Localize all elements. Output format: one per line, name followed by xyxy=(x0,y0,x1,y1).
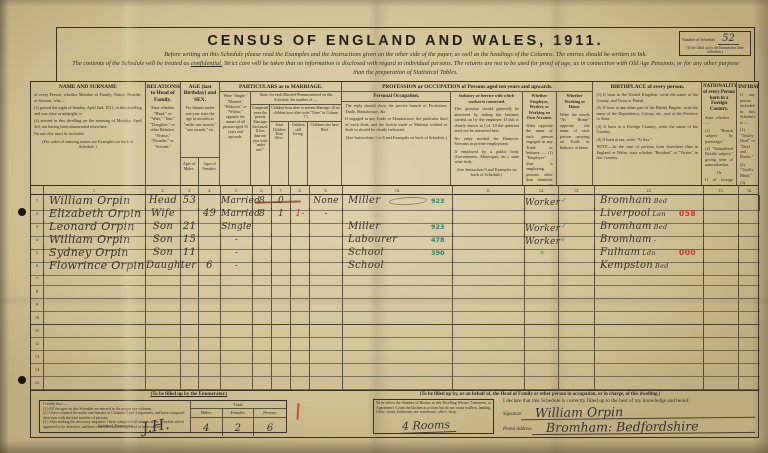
cell-age-male xyxy=(181,273,199,286)
col-desc: (2) If born in any other part of the Bri… xyxy=(593,104,701,122)
cell-industry xyxy=(453,273,525,286)
cell-line-number: 13 xyxy=(31,351,44,364)
cell-children-living xyxy=(291,299,310,312)
cell-age-male xyxy=(181,338,199,351)
census-row: 12 xyxy=(31,338,758,351)
cell-infirmity xyxy=(739,351,760,364)
years-married-label: Completed years the present Marriage has… xyxy=(251,105,270,185)
cell-children-living xyxy=(291,338,310,351)
cell-working-at-home xyxy=(559,299,595,312)
column-number-strip: 1.2.3.4.5.6.7.8.9.10.11.12.13.14.15.16. xyxy=(31,186,758,195)
cell-marital-condition xyxy=(221,351,253,364)
cell-relationship xyxy=(146,312,181,325)
cell-children-died xyxy=(310,364,343,377)
col-title: PROFESSION or OCCUPATION of Persons aged… xyxy=(342,82,592,91)
col-desc: of every Person, whether Member of Famil… xyxy=(31,91,145,104)
personal-occupation-label: Personal Occupation. xyxy=(342,92,450,102)
column-header-marriage: PARTICULARS as to MARRIAGE. Write "Singl… xyxy=(220,82,342,185)
cell-children-living xyxy=(291,312,310,325)
cell-children-died xyxy=(310,273,343,286)
cell-years-married xyxy=(253,325,272,338)
married-women-note: State, for each Married Woman entered on… xyxy=(251,92,341,105)
column-header-profession: PROFESSION or OCCUPATION of Persons aged… xyxy=(342,82,593,185)
clerk-code-green: 390 xyxy=(431,247,445,259)
cell-years-married xyxy=(253,351,272,364)
cell-occupation xyxy=(343,338,453,351)
cell-children-born xyxy=(272,325,291,338)
col-desc: State whether :— xyxy=(702,114,736,127)
cell-marital-condition xyxy=(221,338,253,351)
column-header-relationship: RELATIONSHIP to Head of Family. State wh… xyxy=(146,82,181,185)
census-row: 6Flowrince OrpinDaughter6-SchoolKempston… xyxy=(31,260,758,273)
col-title: NATIONALITY of every Person born in a Fo… xyxy=(702,82,736,114)
signature-row: Signature William Orpin xyxy=(503,405,755,419)
col-desc: If engaged in any Trade or Manufacture, … xyxy=(342,115,450,133)
census-schedule-page: Number of Schedule52 (To be filled up by… xyxy=(0,0,768,453)
cell-name xyxy=(44,351,146,364)
cell-children-born xyxy=(272,351,291,364)
persons-total: 6 xyxy=(254,418,286,436)
cell-industry xyxy=(453,338,525,351)
cell-employer-status xyxy=(525,338,559,351)
col-desc: (See Instructions 1 to 8 and Examples on… xyxy=(342,134,450,141)
census-row: 4William OrpinSon15-Labourer478WorkeroBr… xyxy=(31,234,758,247)
census-row: 11 xyxy=(31,325,758,338)
age-subcolumns: Ages of Males. Ages of Females. xyxy=(181,157,220,185)
cell-industry xyxy=(453,312,525,325)
cell-employer-status xyxy=(525,325,559,338)
athome-label: Whether Working at Home. xyxy=(557,92,593,110)
clerk-tick-green: o xyxy=(540,249,543,256)
cell-children-died xyxy=(310,351,343,364)
census-row: 13 xyxy=(31,351,758,364)
cell-age-male xyxy=(181,351,199,364)
rooms-value: 4 Rooms xyxy=(396,418,457,434)
cell-line-number: 7 xyxy=(31,273,44,286)
children-died-label: Children who have Died. xyxy=(308,122,341,185)
declaration-text: I declare that this Schedule is correctl… xyxy=(503,398,755,404)
cell-relationship xyxy=(146,364,181,377)
cell-infirmity xyxy=(739,364,760,377)
cell-marital-condition xyxy=(221,286,253,299)
cell-children-died xyxy=(310,286,343,299)
cell-nationality xyxy=(704,273,739,286)
cell-age-male xyxy=(181,299,199,312)
cell-children-born xyxy=(272,273,291,286)
cell-relationship xyxy=(146,299,181,312)
cell-marital-condition xyxy=(221,273,253,286)
cell-employer-status xyxy=(525,312,559,325)
schedule-number-label: Number of Schedule xyxy=(682,37,715,42)
industry-label: Industry or Service with which worker is… xyxy=(451,92,522,105)
cell-employer-status xyxy=(525,299,559,312)
cell-occupation xyxy=(343,273,453,286)
cell-years-married xyxy=(253,299,272,312)
column-header-nationality: NATIONALITY of every Person born in a Fo… xyxy=(702,82,737,185)
cell-marital-condition xyxy=(221,364,253,377)
totals-table: Total. Males. Females. Persons. 4 2 6 xyxy=(190,401,286,432)
cell-occupation xyxy=(343,312,453,325)
initials-label: Initials of Enumerator xyxy=(98,424,133,429)
cell-age-male xyxy=(181,286,199,299)
instruction-line-2: The contents of the Schedule will be tre… xyxy=(57,60,754,77)
rooms-box: Write below the Number of Rooms in this … xyxy=(373,399,494,434)
cell-birthplace xyxy=(595,364,704,377)
cell-nationality xyxy=(704,351,739,364)
col-desc: If any person included in this Schedule … xyxy=(737,91,758,126)
total-label: Total. xyxy=(191,401,286,409)
clerk-tick-green: ✓ xyxy=(561,197,566,204)
rooms-instruction: Write below the Number of Rooms in this … xyxy=(376,401,491,414)
cell-nationality xyxy=(704,364,739,377)
col-desc: (1) passed the night of Sunday, April 2n… xyxy=(31,104,145,117)
cell-age-male xyxy=(181,364,199,377)
ink-stamp xyxy=(389,196,427,206)
cell-nationality xyxy=(704,325,739,338)
cell-occupation xyxy=(343,364,453,377)
census-row: 9 xyxy=(31,299,758,312)
instruction-line-1: Before writing on this Schedule please r… xyxy=(57,51,754,58)
col-desc: (2) arrived in this dwelling on the morn… xyxy=(31,117,145,130)
col-desc: If of foreign nationality, state whether… xyxy=(702,176,736,185)
clerk-tick-green: o xyxy=(561,236,564,243)
table-body: 1William OrpinHead53Married80NoneMiller9… xyxy=(31,195,758,390)
col-desc: (1) "British subject by parentage," xyxy=(702,127,736,145)
cell-relationship xyxy=(146,351,181,364)
col-desc: No one else must be included. xyxy=(31,130,145,137)
cell-age-female xyxy=(199,351,221,364)
col-title: AGE (last Birthday) and SEX. xyxy=(181,82,220,104)
persons-label: Persons. xyxy=(254,409,286,418)
cell-age-female xyxy=(199,364,221,377)
census-table: NAME AND SURNAME of every Person, whethe… xyxy=(30,81,759,391)
col-desc: (4) If born at sea, write "At Sea." xyxy=(593,136,701,143)
cell-children-born xyxy=(272,286,291,299)
clerk-tick-green: ✓ xyxy=(561,223,566,230)
cell-birthplace xyxy=(595,351,704,364)
postal-address-label: Postal Address xyxy=(503,427,532,434)
cell-line-number: 14 xyxy=(31,364,44,377)
occupation-subcolumn: Personal Occupation. The reply should sh… xyxy=(342,92,451,185)
cell-working-at-home xyxy=(559,273,595,286)
cell-working-at-home xyxy=(559,286,595,299)
col-desc: NOTE.—In the case of persons born elsewh… xyxy=(593,143,701,161)
column-header-age: AGE (last Birthday) and SEX. For Infants… xyxy=(181,82,221,185)
bottom-section: (To be filled up by the Enumerator.) I c… xyxy=(30,389,759,438)
females-label: Females. xyxy=(223,409,255,418)
cell-birthplace xyxy=(595,273,704,286)
schedule-number-box: Number of Schedule52 (To be filled up by… xyxy=(679,31,751,56)
postal-address-value: Bromham: Bedfordshire xyxy=(532,419,755,435)
cell-marital-condition xyxy=(221,299,253,312)
cell-employer-status xyxy=(525,286,559,299)
cell-children-born xyxy=(272,364,291,377)
cell-age-female xyxy=(199,286,221,299)
col-desc: (3) If born in a Foreign Country, write … xyxy=(593,123,701,136)
cell-name xyxy=(44,273,146,286)
col-desc: (2) "Totally Blind," xyxy=(737,161,758,179)
cell-children-died xyxy=(310,299,343,312)
cell-birthplace xyxy=(595,312,704,325)
census-row: 2Elizabeth OrpinWife49Married811--Liverp… xyxy=(31,208,758,221)
col-desc: The reply should show the precise branch… xyxy=(342,102,450,115)
col-desc: (1) If born in the United Kingdom, write… xyxy=(593,91,701,104)
cell-children-living xyxy=(291,273,310,286)
punch-hole-icon xyxy=(18,376,26,384)
cell-name xyxy=(44,338,146,351)
enumerator-initials-signature: J.H. xyxy=(141,415,171,437)
cell-infirmity xyxy=(739,299,760,312)
cell-occupation xyxy=(343,351,453,364)
cell-birthplace xyxy=(595,286,704,299)
col-title: BIRTHPLACE of every person. xyxy=(593,82,701,91)
cell-years-married xyxy=(253,273,272,286)
cell-age-female xyxy=(199,325,221,338)
cell-line-number: 9 xyxy=(31,299,44,312)
cell-years-married xyxy=(253,364,272,377)
children-born-note: Children born alive to present Marriage.… xyxy=(270,105,341,122)
postal-address-row: Postal Address Bromham: Bedfordshire xyxy=(503,420,755,434)
cell-birthplace xyxy=(595,325,704,338)
header: Number of Schedule52 (To be filled up by… xyxy=(56,27,755,81)
cell-children-living xyxy=(291,351,310,364)
census-row: 10 xyxy=(31,312,758,325)
col-desc: (2) "Naturalised British subject," givin… xyxy=(702,145,736,169)
males-label: Males. xyxy=(191,409,223,418)
cell-children-living xyxy=(291,364,310,377)
athome-subcolumn: Whether Working at Home. Write the words… xyxy=(557,92,593,185)
col-desc: No entry needed for Domestic Servants in… xyxy=(451,135,522,148)
punch-hole-icon xyxy=(18,208,26,216)
cell-birthplace xyxy=(595,338,704,351)
cell-occupation xyxy=(343,299,453,312)
column-header-infirmity: INFIRMITY. If any person included in thi… xyxy=(737,82,758,185)
declaration-heading: (To be filled up by, or on behalf of, th… xyxy=(326,392,754,397)
cell-age-male xyxy=(181,312,199,325)
cell-line-number: 10 xyxy=(31,312,44,325)
cell-occupation xyxy=(343,325,453,338)
cell-employer-status xyxy=(525,273,559,286)
cell-industry xyxy=(453,325,525,338)
cell-working-at-home xyxy=(559,312,595,325)
cell-line-number: 12 xyxy=(31,338,44,351)
cell-industry xyxy=(453,364,525,377)
enumerator-heading: (To be filled up by the Enumerator.) xyxy=(79,392,299,397)
census-row: 3Leonard OrpinSon21SingleMiller923Worker… xyxy=(31,221,758,234)
cell-age-female xyxy=(199,338,221,351)
cell-employer-status xyxy=(525,364,559,377)
cell-age-male xyxy=(181,325,199,338)
cell-industry xyxy=(453,299,525,312)
employer-label: Whether Employer, Worker, or Working on … xyxy=(523,92,556,121)
cell-children-born xyxy=(272,299,291,312)
census-row: 14 xyxy=(31,364,758,377)
col-title: NAME AND SURNAME xyxy=(31,82,145,91)
cell-line-number: 8 xyxy=(31,286,44,299)
col-desc: (1) "Totally Deaf" or "Deaf and Dumb," xyxy=(737,126,758,161)
col-desc: This question should generally be answer… xyxy=(451,105,522,134)
males-total: 4 xyxy=(191,418,223,436)
col-desc: Write opposite the name of each person e… xyxy=(523,122,556,185)
cell-occupation xyxy=(343,286,453,299)
col-desc: (See Instruction 9 and Examples on back … xyxy=(451,166,522,179)
signature-label: Signature xyxy=(503,412,521,419)
cell-children-died xyxy=(310,312,343,325)
children-living-label: Children still Living. xyxy=(289,122,308,185)
cell-nationality xyxy=(704,312,739,325)
marriage-condition-desc: Write "Single," "Married," "Widower," or… xyxy=(220,92,251,185)
column-header-birthplace: BIRTHPLACE of every person. (1) If born … xyxy=(593,82,702,185)
cell-industry xyxy=(453,286,525,299)
age-males-label: Ages of Males. xyxy=(181,158,199,185)
cell-children-died xyxy=(310,325,343,338)
cell-age-female xyxy=(199,273,221,286)
cell-infirmity xyxy=(739,273,760,286)
cell-relationship xyxy=(146,325,181,338)
cell-marital-condition xyxy=(221,325,253,338)
cell-infirmity xyxy=(739,286,760,299)
census-row: 8 xyxy=(31,286,758,299)
cell-marital-condition xyxy=(221,312,253,325)
col-title: PARTICULARS as to MARRIAGE. xyxy=(220,82,341,91)
industry-subcolumn: Industry or Service with which worker is… xyxy=(451,92,523,185)
employer-subcolumn: Whether Employer, Worker, or Working on … xyxy=(523,92,557,185)
cell-years-married xyxy=(253,338,272,351)
cell-children-died xyxy=(310,338,343,351)
cell-nationality xyxy=(704,299,739,312)
cell-relationship xyxy=(146,338,181,351)
clerk-code-green: 478 xyxy=(431,234,445,246)
schedule-number-note: (To be filled up by the Enumerator after… xyxy=(682,46,748,55)
cell-infirmity xyxy=(739,338,760,351)
col-desc: For Infants under one year state the age… xyxy=(181,104,220,133)
cell-working-at-home xyxy=(559,325,595,338)
cell-industry xyxy=(453,351,525,364)
clerk-code-red: 000 xyxy=(679,247,696,259)
cell-children-living xyxy=(291,286,310,299)
cell-children-born xyxy=(272,312,291,325)
col-desc: Or xyxy=(702,169,736,176)
column-header-name: NAME AND SURNAME of every Person, whethe… xyxy=(31,82,146,185)
clerk-code-red: 058 xyxy=(679,208,696,220)
cell-line-number: 11 xyxy=(31,325,44,338)
cell-name xyxy=(44,312,146,325)
cell-age-female xyxy=(199,299,221,312)
cell-employer-status xyxy=(525,351,559,364)
cell-nationality xyxy=(704,338,739,351)
cell-name xyxy=(44,299,146,312)
col-desc: (3) "Lunatic," xyxy=(737,179,758,185)
col-desc: If employed by a public body (Government… xyxy=(451,148,522,166)
census-row: 7 xyxy=(31,273,758,286)
cell-years-married xyxy=(253,286,272,299)
cell-infirmity xyxy=(739,312,760,325)
table-header: NAME AND SURNAME of every Person, whethe… xyxy=(31,82,758,186)
page-title: CENSUS OF ENGLAND AND WALES, 1911. xyxy=(57,33,754,49)
cell-relationship xyxy=(146,273,181,286)
cell-children-living xyxy=(291,325,310,338)
cell-infirmity xyxy=(739,325,760,338)
age-females-label: Ages of Females. xyxy=(199,158,221,185)
children-born-label: Total Children Born Alive. xyxy=(270,122,289,185)
signature-value: William Orpin xyxy=(521,404,755,420)
cell-nationality xyxy=(704,286,739,299)
col-title: INFIRMITY. xyxy=(737,82,758,91)
schedule-number-value: 52 xyxy=(718,33,739,45)
females-total: 2 xyxy=(223,418,255,436)
enumerator-box: I certify that :— (1.) All the ages on t… xyxy=(39,400,287,433)
clerk-code-green: 923 xyxy=(431,195,445,207)
col-desc: Write the words "At Home" opposite the n… xyxy=(557,111,593,151)
cell-name xyxy=(44,286,146,299)
cell-working-at-home xyxy=(559,364,595,377)
cell-age-female xyxy=(199,312,221,325)
cell-working-at-home xyxy=(559,351,595,364)
col-desc: (For order of entering names see Example… xyxy=(31,138,145,151)
declaration-block: I declare that this Schedule is correctl… xyxy=(503,398,755,434)
clerk-code-green: 923 xyxy=(431,221,445,233)
cell-birthplace xyxy=(595,299,704,312)
red-tally-mark xyxy=(296,403,299,420)
cell-name xyxy=(44,364,146,377)
cell-name xyxy=(44,325,146,338)
col-title: RELATIONSHIP to Head of Family. xyxy=(146,82,180,104)
cell-working-at-home xyxy=(559,338,595,351)
cell-years-married xyxy=(253,312,272,325)
cell-relationship xyxy=(146,286,181,299)
cell-children-born xyxy=(272,338,291,351)
marriage-subcolumns: Write "Single," "Married," "Widower," or… xyxy=(220,91,341,185)
col-desc: State whether "Head," or "Wife," "Son," … xyxy=(146,104,180,150)
